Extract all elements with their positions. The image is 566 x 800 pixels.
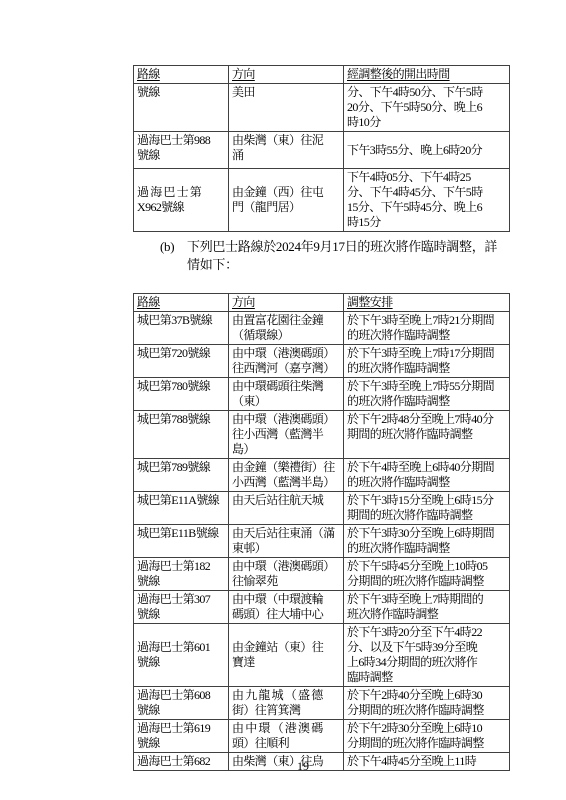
arrangement-cell: 於下午3時15分至晚上6時15分 期間的班次將作臨時調整: [344, 492, 510, 525]
table-row: 城巴第720號線 由中環（港澳碼頭） 往西灣河（嘉亨灣） 於下午3時至晚上7時1…: [134, 345, 510, 378]
route-cell: 過海巴士第988 號線: [134, 132, 229, 169]
route-header: 路線: [134, 66, 229, 84]
route-cell: 城巴第780號線: [134, 378, 229, 411]
table-row: 過 海 巴 士 第 X962號線 由金鐘（西）往屯 門（龍門居） 下午4時05分…: [134, 169, 510, 232]
direction-cell: 由 九 龍 城 （ 盛 德 街）往筲箕灣: [229, 687, 344, 720]
times-cell: 分、下午4時50分、下午5時 20分、下午5時50分、晚上6 時10分: [344, 84, 510, 132]
arrangement-cell: 於下午3時至晚上7時21分期間 的班次將作臨時調整: [344, 312, 510, 345]
direction-cell: 由金鐘（西）往屯 門（龍門居）: [229, 169, 344, 232]
adjustment-table: 路線 方向 調整安排 城巴第37B號線 由置富花園往金鐘 （循環線） 於下午3時…: [133, 293, 510, 771]
paragraph-text: 下列巴士路線於2024年9月17日的班次將作臨時調整，詳 情如下：: [187, 238, 517, 273]
route-cell: 過海巴士第601 號線: [134, 624, 229, 687]
route-cell: 號線: [134, 84, 229, 132]
table-row: 城巴第37B號線 由置富花園往金鐘 （循環線） 於下午3時至晚上7時21分期間 …: [134, 312, 510, 345]
direction-cell: 由天后站往東涌（滿 東邨）: [229, 525, 344, 558]
direction-cell: 由柴灣（東）往泥 涌: [229, 132, 344, 169]
page-number: 19: [133, 759, 473, 774]
direction-cell: 由金鐘（樂禮街）往 小西灣（藍灣半島）: [229, 459, 344, 492]
arrangement-cell: 於下午3時至晚上7時期間的 班次將作臨時調整: [344, 591, 510, 624]
table-row: 城巴第789號線 由金鐘（樂禮街）往 小西灣（藍灣半島） 於下午4時至晚上6時4…: [134, 459, 510, 492]
departure-times-table: 路線 方向 經調整後的開出時間 號線 美田 分、下午4時50分、下午5時 20分…: [133, 65, 510, 232]
route-cell: 過海巴士第307 號線: [134, 591, 229, 624]
table-header-row: 路線 方向 經調整後的開出時間: [134, 66, 510, 84]
direction-cell: 由中環（港澳碼頭） 往西灣河（嘉亨灣）: [229, 345, 344, 378]
table-row: 城巴第E11B號線 由天后站往東涌（滿 東邨） 於下午3時30分至晚上6時期間 …: [134, 525, 510, 558]
times-header: 經調整後的開出時間: [344, 66, 510, 84]
table-row: 城巴第E11A號線 由天后站往航天城 於下午3時15分至晚上6時15分 期間的班…: [134, 492, 510, 525]
table-row: 過海巴士第608 號線 由 九 龍 城 （ 盛 德 街）往筲箕灣 於下午2時40…: [134, 687, 510, 720]
route-cell: 城巴第788號線: [134, 411, 229, 459]
table-row: 過海巴士第988 號線 由柴灣（東）往泥 涌 下午3時55分、晚上6時20分: [134, 132, 510, 169]
route-cell: 過海巴士第619 號線: [134, 720, 229, 753]
arrangement-cell: 於下午2時40分至晚上6時30 分期間的班次將作臨時調整: [344, 687, 510, 720]
times-cell: 下午3時55分、晚上6時20分: [344, 132, 510, 169]
route-cell: 城巴第720號線: [134, 345, 229, 378]
arrangement-cell: 於下午3時至晚上7時55分期間 的班次將作臨時調整: [344, 378, 510, 411]
arrangement-cell: 於下午4時至晚上6時40分期間 的班次將作臨時調整: [344, 459, 510, 492]
direction-cell: 由置富花園往金鐘 （循環線）: [229, 312, 344, 345]
arrangement-cell: 於下午2時30分至晚上6時10 分期間的班次將作臨時調整: [344, 720, 510, 753]
direction-cell: 美田: [229, 84, 344, 132]
table-row: 過海巴士第307 號線 由中環（中環渡輪 碼頭）往大埔中心 於下午3時至晚上7時…: [134, 591, 510, 624]
times-cell: 下午4時05分、下午4時25 分、下午4時45分、下午5時 15分、下午5時45…: [344, 169, 510, 232]
paragraph-label: (b): [160, 238, 174, 256]
direction-cell: 由天后站往航天城: [229, 492, 344, 525]
direction-cell: 由中環（港澳碼頭） 往小西灣（藍灣半 島）: [229, 411, 344, 459]
table-row: 號線 美田 分、下午4時50分、下午5時 20分、下午5時50分、晚上6 時10…: [134, 84, 510, 132]
table-header-row: 路線 方向 調整安排: [134, 294, 510, 312]
route-header: 路線: [134, 294, 229, 312]
arrangement-cell: 於下午3時至晚上7時17分期間 的班次將作臨時調整: [344, 345, 510, 378]
route-cell: 過 海 巴 士 第 X962號線: [134, 169, 229, 232]
table-row: 過海巴士第601 號線 由金鐘站（東）往 寶達 於下午3時20分至下午4時22 …: [134, 624, 510, 687]
direction-cell: 由金鐘站（東）往 寶達: [229, 624, 344, 687]
route-cell: 城巴第E11A號線: [134, 492, 229, 525]
direction-cell: 由 中 環 （ 港 澳 碼 頭）往順利: [229, 720, 344, 753]
direction-header: 方向: [229, 66, 344, 84]
table-row: 過海巴士第182 號線 由中環（港澳碼頭） 往愉翠苑 於下午5時45分至晚上10…: [134, 558, 510, 591]
arrangement-cell: 於下午2時48分至晚上7時40分 期間的班次將作臨時調整: [344, 411, 510, 459]
direction-cell: 由中環（港澳碼頭） 往愉翠苑: [229, 558, 344, 591]
route-cell: 過海巴士第182 號線: [134, 558, 229, 591]
arrangement-cell: 於下午3時30分至晚上6時期間 的班次將作臨時調整: [344, 525, 510, 558]
direction-header: 方向: [229, 294, 344, 312]
table-row: 城巴第780號線 由中環碼頭往柴灣 （東） 於下午3時至晚上7時55分期間 的班…: [134, 378, 510, 411]
direction-cell: 由中環碼頭往柴灣 （東）: [229, 378, 344, 411]
arrangement-cell: 於下午5時45分至晚上10時05 分期間的班次將作臨時調整: [344, 558, 510, 591]
table-row: 過海巴士第619 號線 由 中 環 （ 港 澳 碼 頭）往順利 於下午2時30分…: [134, 720, 510, 753]
table-row: 城巴第788號線 由中環（港澳碼頭） 往小西灣（藍灣半 島） 於下午2時48分至…: [134, 411, 510, 459]
route-cell: 過海巴士第608 號線: [134, 687, 229, 720]
direction-cell: 由中環（中環渡輪 碼頭）往大埔中心: [229, 591, 344, 624]
arrangement-header: 調整安排: [344, 294, 510, 312]
route-cell: 城巴第E11B號線: [134, 525, 229, 558]
route-cell: 城巴第37B號線: [134, 312, 229, 345]
arrangement-cell: 於下午3時20分至下午4時22 分、以及下午5時39分至晚 上6時34分期間的班…: [344, 624, 510, 687]
route-cell: 城巴第789號線: [134, 459, 229, 492]
